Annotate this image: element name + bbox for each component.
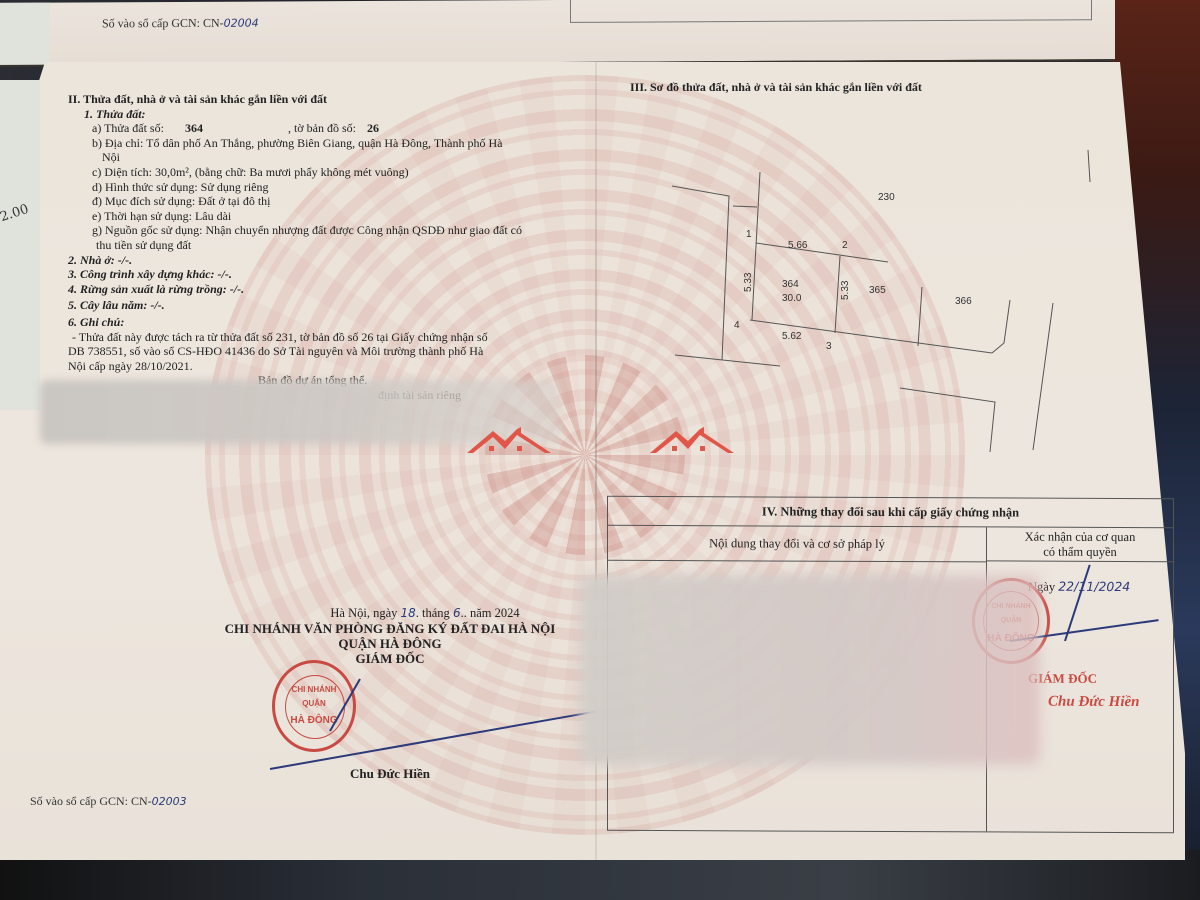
vertex-1: 1 (746, 229, 752, 240)
edge-top-length: 5.66 (788, 240, 808, 251)
column-header-content: Nội dung thay đổi và cơ sở pháp lý (608, 526, 987, 563)
edge-left-length: 5.33 (743, 272, 754, 292)
confirm-date-value: 22/11/2024 (1058, 579, 1130, 594)
edge-right-length: 5.33 (840, 280, 851, 300)
edge-bottom-length: 5.62 (782, 331, 802, 342)
section4-title: IV. Những thay đổi sau khi cấp giấy chứn… (608, 497, 1173, 528)
director-name: Chu Đức Hiền (1048, 694, 1140, 711)
confirm-header-line1: Xác nhận của cơ quan (987, 529, 1173, 545)
neighbor-365: 365 (869, 285, 886, 296)
vertex-2: 2 (842, 240, 848, 251)
confirm-header-line2: có thẩm quyền (987, 544, 1173, 560)
neighbor-366: 366 (955, 296, 972, 307)
column-header-confirm: Xác nhận của cơ quan có thẩm quyền (987, 527, 1173, 562)
redacted-area-changes (580, 575, 1040, 765)
neighbor-230: 230 (878, 192, 895, 203)
parcel-area: 30.0 (782, 293, 802, 304)
parcel-id: 364 (782, 279, 799, 290)
vertex-4: 4 (734, 320, 740, 331)
vertex-3: 3 (826, 341, 832, 352)
